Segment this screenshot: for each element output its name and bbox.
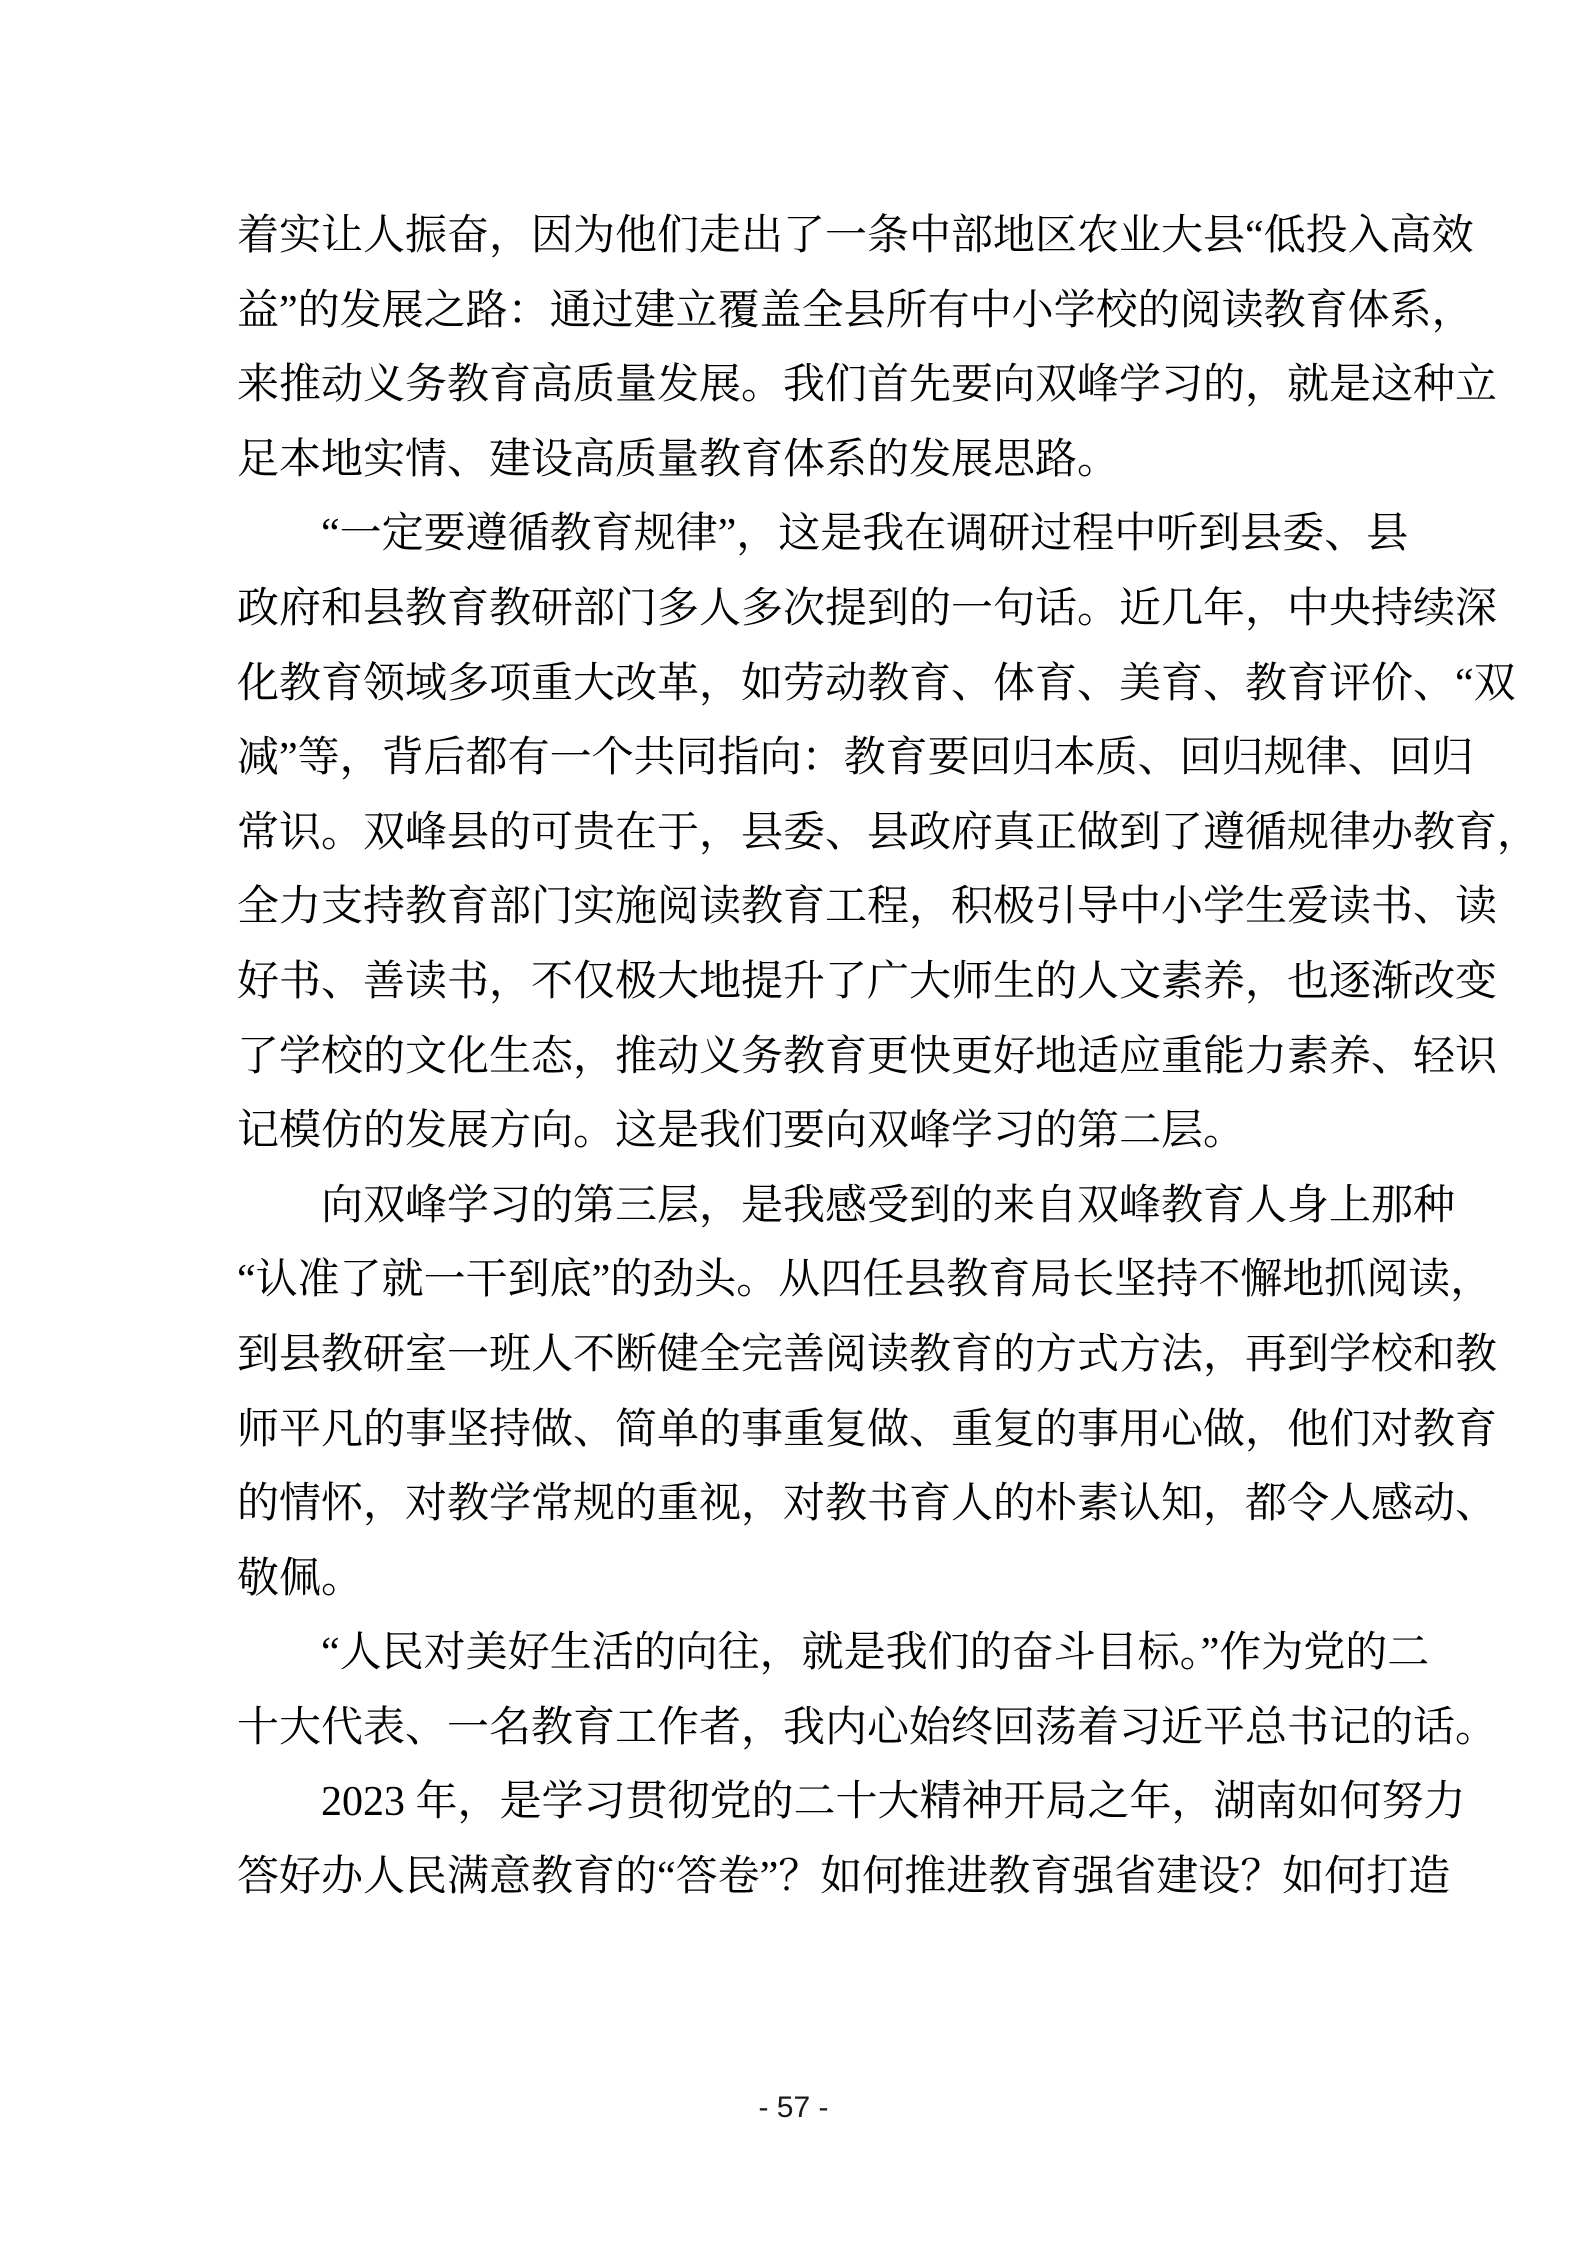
text-line: “认准了就一干到底”的劲头。从四任县教育局长坚持不懈地抓阅读， <box>237 1243 1351 1318</box>
text-line: 记模仿的发展方向。这是我们要向双峰学习的第二层。 <box>237 1094 1351 1169</box>
text-line: 政府和县教育教研部门多人多次提到的一句话。近几年，中央持续深 <box>237 572 1351 647</box>
text-block: 着实让人振奋，因为他们走出了一条中部地区农业大县“低投入高效益”的发展之路：通过… <box>237 199 1351 1915</box>
text-line: 着实让人振奋，因为他们走出了一条中部地区农业大县“低投入高效 <box>237 199 1351 274</box>
text-line: 师平凡的事坚持做、简单的事重复做、重复的事用心做，他们对教育 <box>237 1393 1351 1468</box>
text-line: 了学校的文化生态，推动义务教育更快更好地适应重能力素养、轻识 <box>237 1020 1351 1095</box>
page-number: - 57 - <box>0 2088 1587 2128</box>
text-line: 到县教研室一班人不断健全完善阅读教育的方式方法，再到学校和教 <box>237 1318 1351 1393</box>
text-line: 来推动义务教育高质量发展。我们首先要向双峰学习的，就是这种立 <box>237 348 1351 423</box>
text-line: 敬佩。 <box>237 1542 1351 1617</box>
text-line: 化教育领域多项重大改革，如劳动教育、体育、美育、教育评价、“双 <box>237 647 1351 722</box>
text-line: “一定要遵循教育规律”，这是我在调研过程中听到县委、县 <box>237 497 1351 572</box>
text-line: 足本地实情、建设高质量教育体系的发展思路。 <box>237 423 1351 498</box>
text-line: 答好办人民满意教育的“答卷”？如何推进教育强省建设？如何打造 <box>237 1840 1351 1915</box>
text-line: 好书、善读书，不仅极大地提升了广大师生的人文素养，也逐渐改变 <box>237 945 1351 1020</box>
text-line: 十大代表、一名教育工作者，我内心始终回荡着习近平总书记的话。 <box>237 1691 1351 1766</box>
text-line: 减”等，背后都有一个共同指向：教育要回归本质、回归规律、回归 <box>237 721 1351 796</box>
text-line: 2023 年，是学习贯彻党的二十大精神开局之年，湖南如何努力 <box>237 1765 1351 1840</box>
text-line: 全力支持教育部门实施阅读教育工程，积极引导中小学生爱读书、读 <box>237 870 1351 945</box>
text-line: 的情怀，对教学常规的重视，对教书育人的朴素认知，都令人感动、 <box>237 1467 1351 1542</box>
text-line: 向双峰学习的第三层，是我感受到的来自双峰教育人身上那种 <box>237 1169 1351 1244</box>
text-line: 益”的发展之路：通过建立覆盖全县所有中小学校的阅读教育体系， <box>237 274 1351 349</box>
text-line: 常识。双峰县的可贵在于，县委、县政府真正做到了遵循规律办教育， <box>237 796 1351 871</box>
document-page: 着实让人振奋，因为他们走出了一条中部地区农业大县“低投入高效益”的发展之路：通过… <box>0 0 1587 2245</box>
text-line: “人民对美好生活的向往，就是我们的奋斗目标。”作为党的二 <box>237 1616 1351 1691</box>
